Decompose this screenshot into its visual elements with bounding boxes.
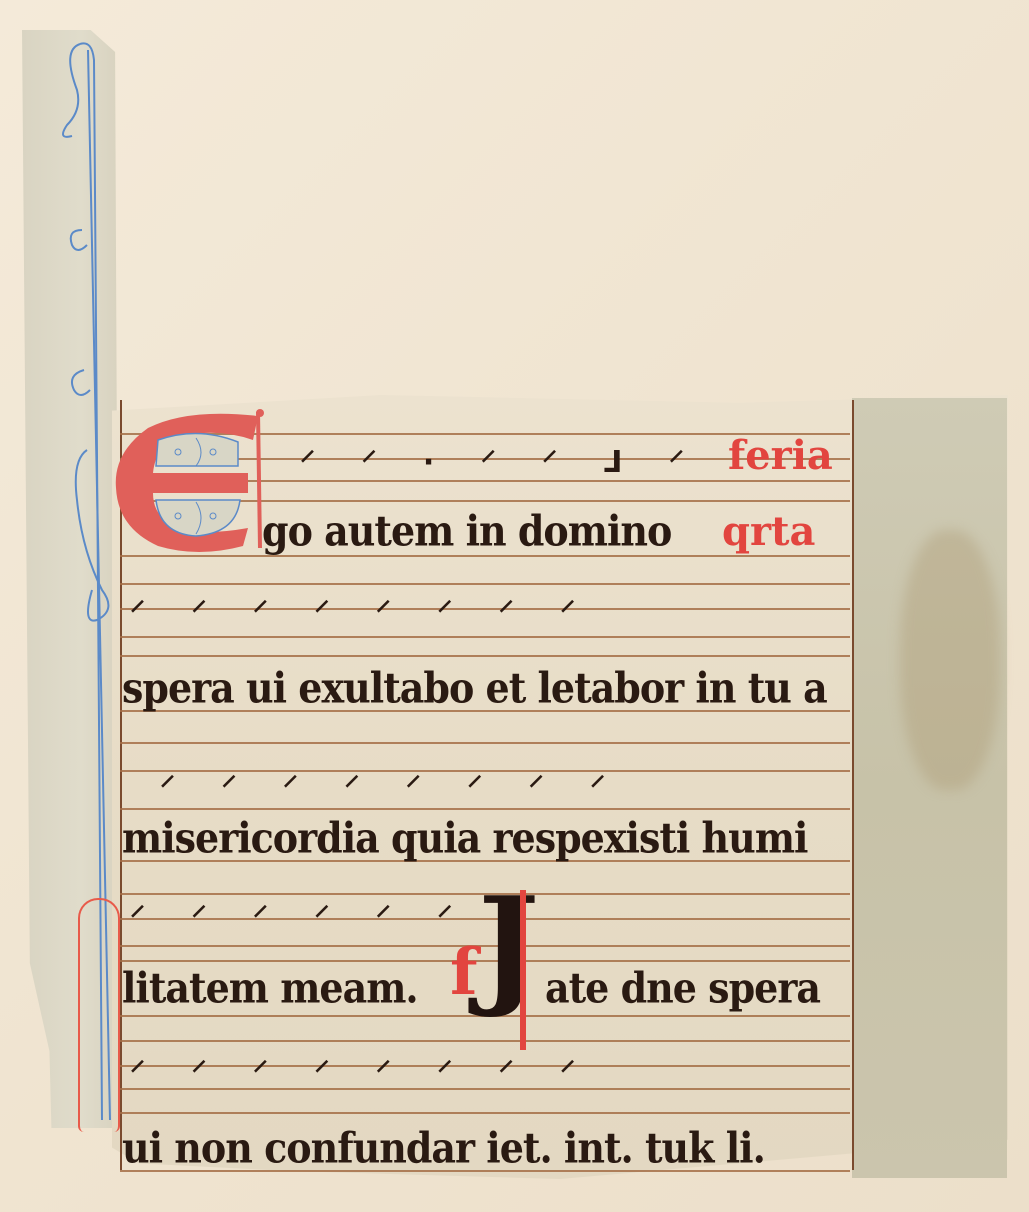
staff-line: [120, 655, 850, 657]
staff-line: [120, 1040, 850, 1042]
custos-sign: J: [478, 880, 540, 1010]
staff-line: [120, 808, 850, 810]
staff-line: [120, 1112, 850, 1114]
neume-row-4: ⸍ ⸍ ⸍ ⸍ ⸍ ⸍ ⸍: [130, 895, 532, 936]
red-f-sign: f: [450, 935, 478, 1010]
neume-row-5: ⸍ ⸍ ⸍ ⸍ ⸍ ⸍ ⸍ ⸍: [130, 1050, 593, 1091]
neume-row-2: ⸍ ⸍ ⸍ ⸍ ⸍ ⸍ ⸍ ⸍: [130, 590, 593, 631]
chant-text-line-1: go autem in domino: [262, 506, 671, 556]
chant-text-line-5: ui non confundar iet. int. tuk li.: [122, 1123, 765, 1173]
red-custos-stroke: [520, 890, 526, 1050]
water-stain: [900, 530, 1000, 790]
staff-line: [120, 583, 850, 585]
decorated-initial-e-icon: [108, 408, 268, 558]
stained-right-margin: [852, 398, 1007, 1178]
neume-row-1: ⸍ ⸍ · ⸍ ⸍ ᒧ ⸍: [300, 440, 702, 481]
chant-text-line-4b: ate dne spera: [545, 963, 820, 1013]
neume-row-3: ⸍ ⸍ ⸍ ⸍ ⸍ ⸍ ⸍ ⸍: [160, 765, 623, 806]
staff-line: [120, 742, 850, 744]
staff-line: [120, 636, 850, 638]
rubric-quarta: qrta: [722, 508, 815, 555]
right-ruling-line: [852, 400, 854, 1170]
chant-text-line-2: spera ui exultabo et letabor in tu a: [122, 663, 827, 713]
rubric-feria: feria: [728, 432, 833, 479]
red-pen-flourish-icon: [78, 898, 120, 1132]
chant-text-line-3: misericordia quia respexisti humi: [122, 813, 807, 863]
chant-text-line-4: litatem meam.: [122, 963, 418, 1013]
